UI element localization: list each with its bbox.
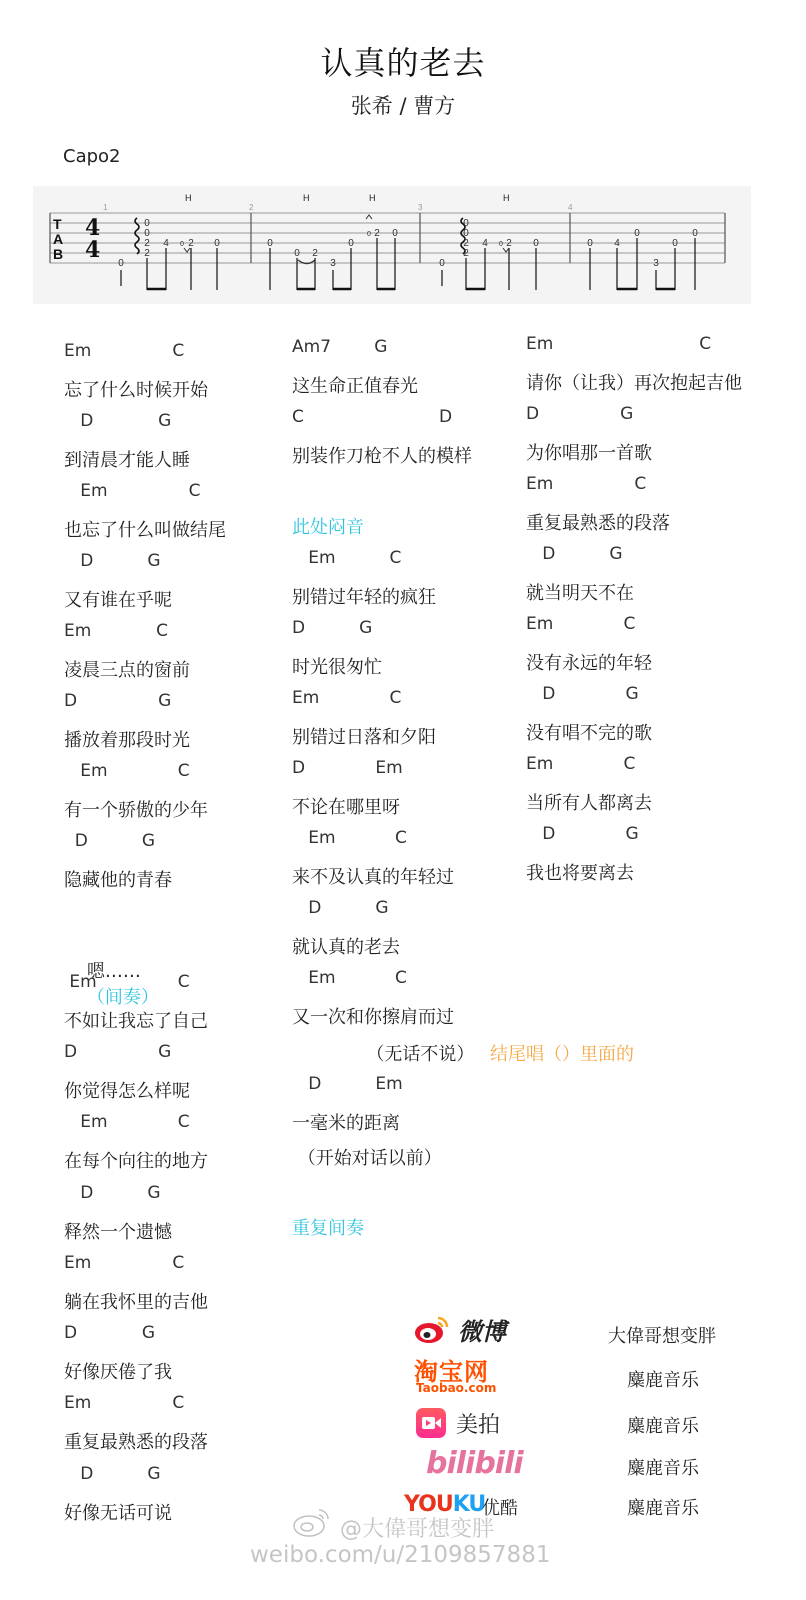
lyric-line: 别装作刀枪不人的模样 <box>292 442 472 468</box>
chord-line: D G <box>64 1323 155 1343</box>
svg-text:2: 2 <box>249 203 254 212</box>
lyric-line: 到清晨才能人睡 <box>64 446 190 472</box>
platform-weibo: 微博 大偉哥想变胖 <box>400 1312 740 1352</box>
chord-line: D Em <box>292 1074 403 1094</box>
svg-text:0: 0 <box>118 258 124 269</box>
lyric-line: 又有谁在乎呢 <box>64 586 172 612</box>
meipai-wordmark: 美拍 <box>456 1408 500 1439</box>
chord-line: Em C <box>64 972 190 992</box>
svg-text:4: 4 <box>568 203 573 212</box>
chord-line: D G <box>64 551 161 571</box>
chord-line: Em C <box>292 968 407 988</box>
tab-clef-a: A <box>53 231 63 247</box>
chord-line: Em C <box>526 754 635 774</box>
weibo-account: 大偉哥想变胖 <box>608 1322 716 1348</box>
chord-line: Em C <box>526 474 646 494</box>
chord-line: D G <box>64 1464 161 1484</box>
svg-text:3: 3 <box>418 203 423 212</box>
svg-text:0: 0 <box>672 238 678 249</box>
svg-text:2: 2 <box>506 238 512 249</box>
meipai-logo: 美拍 <box>400 1406 540 1446</box>
lyric-line: 没有唱不完的歌 <box>526 719 652 745</box>
svg-text:0: 0 <box>348 238 354 249</box>
lyric-line: 释然一个遗憾 <box>64 1218 172 1244</box>
svg-text:0: 0 <box>439 258 445 269</box>
chord-line: Em C <box>292 688 401 708</box>
lyric-line: 别错过日落和夕阳 <box>292 723 436 749</box>
lyric-line: 没有永远的年轻 <box>526 649 652 675</box>
svg-text:1: 1 <box>103 203 108 212</box>
lyric-line: 好像厌倦了我 <box>64 1358 172 1384</box>
ending-note: 结尾唱（）里面的 <box>490 1040 634 1066</box>
chord-line: D G <box>64 831 155 851</box>
svg-text:0: 0 <box>587 238 593 249</box>
lyric-line: 别错过年轻的疯狂 <box>292 583 436 609</box>
lyric-line: 也忘了什么叫做结尾 <box>64 516 226 542</box>
chord-line: Em C <box>64 1393 184 1413</box>
lyric-line: 我也将要离去 <box>526 859 634 885</box>
chord-line: D G <box>526 684 639 704</box>
watermark-url: weibo.com/u/2109857881 <box>250 1542 550 1568</box>
svg-text:0: 0 <box>294 248 300 259</box>
meipai-account: 麋鹿音乐 <box>627 1412 699 1438</box>
svg-text:4: 4 <box>614 238 620 249</box>
bilibili-icon: bilibili <box>426 1446 523 1481</box>
lyric-line: 忘了什么时候开始 <box>64 376 208 402</box>
bilibili-account: 麋鹿音乐 <box>627 1454 699 1480</box>
chord-line: D Em <box>292 758 403 778</box>
lyric-line: 为你唱那一首歌 <box>526 439 652 465</box>
lyric-line: 一毫米的距离 <box>292 1109 400 1135</box>
tab-clef-b: B <box>53 246 63 262</box>
lyric-line: 隐藏他的青春 <box>64 866 172 892</box>
lyric-line: 重复最熟悉的段落 <box>526 509 670 535</box>
chord-line: D G <box>292 618 372 638</box>
chord-line: Am7 G <box>292 337 387 357</box>
lyric-line: 当所有人都离去 <box>526 789 652 815</box>
lyric-line: 重复最熟悉的段落 <box>64 1428 208 1454</box>
chord-line: D G <box>526 544 623 564</box>
svg-text:H: H <box>503 193 510 203</box>
chord-line: Em C <box>64 1112 190 1132</box>
chord-line: D G <box>64 691 171 711</box>
lyric-line: 不如让我忘了自己 <box>64 1007 208 1033</box>
weibo-watermark-icon <box>292 1506 332 1538</box>
meipai-icon <box>416 1408 446 1438</box>
platform-meipai: 美拍 麋鹿音乐 <box>400 1406 740 1446</box>
svg-text:3: 3 <box>330 258 336 269</box>
chord-line: D G <box>64 411 171 431</box>
lyric-line: 请你（让我）再次抱起吉他 <box>526 369 742 395</box>
lyric-line: 就认真的老去 <box>292 933 400 959</box>
svg-text:0: 0 <box>214 238 220 249</box>
lyric-line: 有一个骄傲的少年 <box>64 796 208 822</box>
chord-line: Em C <box>526 614 635 634</box>
lyric-line: 躺在我怀里的吉他 <box>64 1288 208 1314</box>
lyric-line: （开始对话以前） <box>292 1144 442 1170</box>
lyric-line: 就当明天不在 <box>526 579 634 605</box>
svg-text:4: 4 <box>163 238 169 249</box>
svg-text:2: 2 <box>312 248 318 259</box>
chord-line: Em C <box>64 761 190 781</box>
chord-line: Em C <box>292 548 401 568</box>
svg-text:H: H <box>369 193 376 203</box>
lyric-line: 不论在哪里呀 <box>292 793 400 819</box>
lyric-line: 又一次和你擦肩而过 <box>292 1003 454 1029</box>
lyric-line: 这生命正值春光 <box>292 372 418 398</box>
taobao-logo: 淘宝网 Taobao.com <box>400 1356 540 1396</box>
bilibili-logo: bilibili <box>400 1448 540 1488</box>
chord-line: Em C <box>292 828 407 848</box>
chord-line: C D <box>292 407 452 427</box>
taobao-url: Taobao.com <box>416 1381 496 1395</box>
weibo-logo: 微博 <box>400 1312 540 1352</box>
platform-bilibili: bilibili 麋鹿音乐 <box>400 1448 740 1488</box>
svg-text:0: 0 <box>367 231 371 238</box>
chord-line: D G <box>526 404 633 424</box>
lyric-line: 播放着那段时光 <box>64 726 190 752</box>
svg-text:0: 0 <box>392 228 398 239</box>
svg-text:0: 0 <box>692 228 698 239</box>
weibo-wordmark: 微博 <box>458 1312 506 1347</box>
lyric-line: 时光很匆忙 <box>292 653 382 679</box>
youku-account: 麋鹿音乐 <box>627 1494 699 1520</box>
lyric-line: 来不及认真的年轻过 <box>292 863 454 889</box>
svg-text:H: H <box>303 193 310 203</box>
lyric-line: 你觉得怎么样呢 <box>64 1077 190 1103</box>
song-title: 认真的老去 <box>0 38 806 84</box>
chord-line: D G <box>64 1042 171 1062</box>
chord-line: D G <box>64 1183 161 1203</box>
taobao-account: 麋鹿音乐 <box>627 1366 699 1392</box>
lyric-line: （无话不说） <box>292 1040 474 1066</box>
chord-line: Em C <box>64 341 184 361</box>
svg-text:0: 0 <box>499 241 503 248</box>
mute-note: 此处闷音 <box>292 513 364 539</box>
svg-text:2: 2 <box>463 248 469 259</box>
svg-text:0: 0 <box>533 238 539 249</box>
chord-line: Em C <box>64 1253 184 1273</box>
svg-text:4: 4 <box>85 237 100 263</box>
weibo-icon <box>414 1312 450 1346</box>
chord-line: D G <box>526 824 639 844</box>
svg-text:0: 0 <box>180 241 184 248</box>
svg-text:0: 0 <box>634 228 640 239</box>
watermark-handle: @大偉哥想变胖 <box>340 1512 494 1543</box>
tab-staff-graphic: T A B 4 4 1 2 3 4 H H H H 0 0022 4 02 0 … <box>33 186 751 304</box>
lyric-line: 凌晨三点的窗前 <box>64 656 190 682</box>
chord-line: Em C <box>64 621 168 641</box>
song-artists: 张希 / 曹方 <box>0 90 806 120</box>
capo-label: Capo2 <box>63 146 121 167</box>
chord-line: Em C <box>64 481 200 501</box>
platform-taobao: 淘宝网 Taobao.com 麋鹿音乐 <box>400 1356 740 1396</box>
tab-clef-t: T <box>53 216 62 232</box>
repeat-interlude-note: 重复间奏 <box>292 1214 364 1240</box>
lyric-line: 好像无话可说 <box>64 1499 172 1525</box>
svg-text:3: 3 <box>653 258 659 269</box>
svg-text:2: 2 <box>144 248 150 259</box>
guitar-tab: T A B 4 4 1 2 3 4 H H H H 0 0022 4 02 0 … <box>33 186 751 304</box>
svg-text:2: 2 <box>374 228 380 239</box>
svg-text:0: 0 <box>267 238 273 249</box>
chord-line: Em C <box>526 334 711 354</box>
svg-text:2: 2 <box>188 238 194 249</box>
svg-text:4: 4 <box>482 238 488 249</box>
lyric-line: 在每个向往的地方 <box>64 1147 208 1173</box>
chord-line: D G <box>292 898 389 918</box>
svg-text:H: H <box>185 193 192 203</box>
